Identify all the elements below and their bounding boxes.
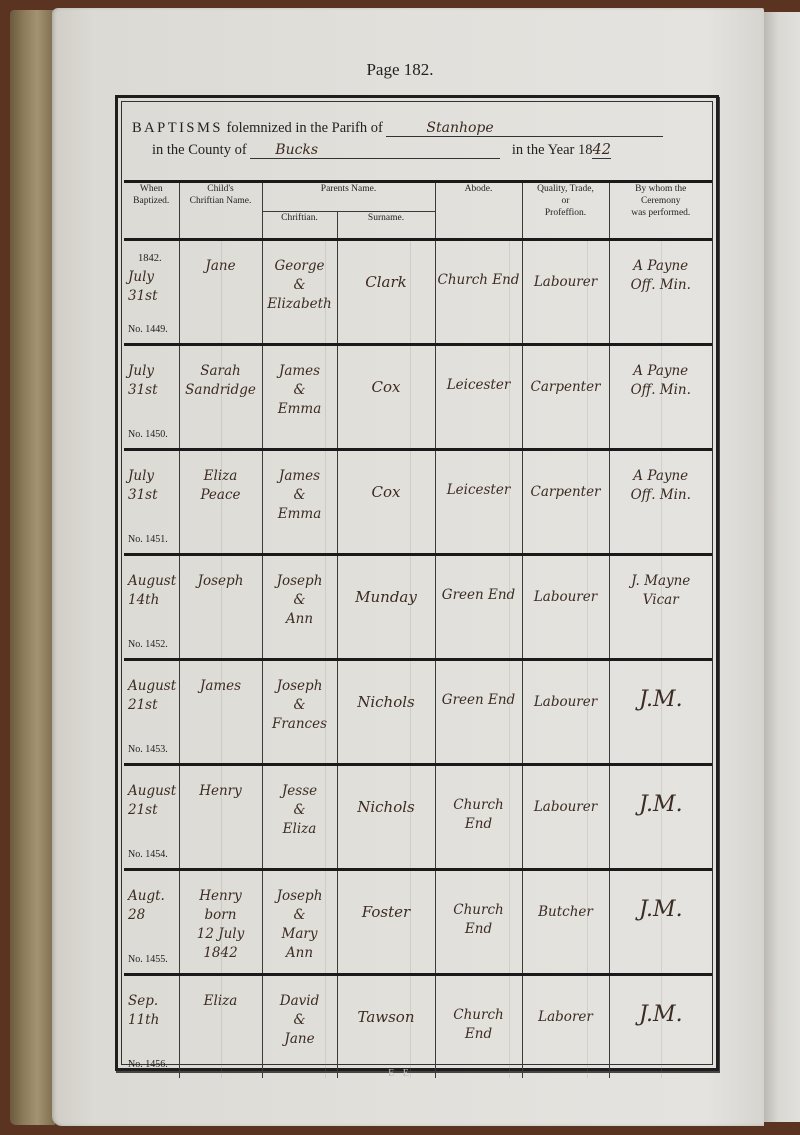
cell-abode: Leicester <box>435 345 522 450</box>
cell-quality: Carpenter <box>522 345 609 450</box>
cell-quality: Butcher <box>522 870 609 975</box>
date-line: July 31st <box>128 268 179 306</box>
col-quality-line2: or <box>523 195 609 207</box>
cell-parents-christian: James&Emma <box>262 450 337 555</box>
page-number: Page 182. <box>0 60 800 80</box>
date-line: August <box>128 572 179 591</box>
entry-number: No. 1452. <box>128 639 168 650</box>
title-baptisms: BAPTISMS <box>132 120 223 136</box>
year-label: in the Year 18 <box>512 142 593 158</box>
cell-by-whom: J. MayneVicar <box>609 555 712 660</box>
header-row: When Baptized. Child's Chriftian Name. P… <box>124 182 712 212</box>
cell-child-name: SarahSandridge <box>179 345 262 450</box>
cell-when-baptized: August21st No. 1453. <box>124 660 179 765</box>
cell-child-name: Joseph <box>179 555 262 660</box>
cell-abode: ChurchEnd <box>435 765 522 870</box>
cell-by-whom: J.M. <box>609 765 712 870</box>
entry-number: No. 1449. <box>128 324 168 335</box>
cell-by-whom: J.M. <box>609 975 712 1079</box>
quality-text: Butcher <box>523 871 609 922</box>
cell-parents-surname: Tawson <box>337 975 435 1079</box>
surname-text: Nichols <box>338 766 435 817</box>
cell-when-baptized: July 31st No. 1451. <box>124 450 179 555</box>
surname-text: Tawson <box>338 976 435 1027</box>
cell-abode: Green End <box>435 660 522 765</box>
cell-parents-surname: Clark <box>337 240 435 345</box>
cell-child-name: Henry <box>179 765 262 870</box>
cell-abode: Green End <box>435 555 522 660</box>
cell-parents-christian: Joseph&MaryAnn <box>262 870 337 975</box>
county-label: in the County of <box>152 142 250 158</box>
year-field: 42 <box>592 142 610 159</box>
col-by-whom-line3: was performed. <box>610 207 713 219</box>
cell-child-name: ElizaPeace <box>179 450 262 555</box>
cell-by-whom: A PayneOff. Min. <box>609 450 712 555</box>
register-title: BAPTISMS folemnized in the Parifh of Sta… <box>122 102 712 180</box>
county-field: Bucks <box>250 142 500 159</box>
date-line: 28 <box>128 906 179 925</box>
cell-quality: Labourer <box>522 660 609 765</box>
cell-abode: Church End <box>435 240 522 345</box>
cell-when-baptized: 1842.July 31st No. 1449. <box>124 240 179 345</box>
book-page-edges <box>10 10 55 1125</box>
quality-text: Labourer <box>523 661 609 712</box>
cell-parents-christian: Jesse&Eliza <box>262 765 337 870</box>
col-child-name: Child's Chriftian Name. <box>179 182 262 240</box>
surname-text: Nichols <box>338 661 435 712</box>
cell-parents-surname: Cox <box>337 345 435 450</box>
date-line: 21st <box>128 696 179 715</box>
baptism-register-table: When Baptized. Child's Chriftian Name. P… <box>124 180 712 1078</box>
col-child-line2: Chriftian Name. <box>180 195 262 207</box>
cell-by-whom: A PayneOff. Min. <box>609 240 712 345</box>
cell-parents-surname: Nichols <box>337 660 435 765</box>
cell-quality: Labourer <box>522 555 609 660</box>
cell-child-name: James <box>179 660 262 765</box>
col-child-line1: Child's <box>180 183 262 195</box>
col-by-whom-line2: Ceremony <box>610 195 713 207</box>
quality-text: Carpenter <box>523 346 609 397</box>
register-entry-row: Augt.28 No. 1455. Henryborn12 July1842 J… <box>124 870 712 975</box>
date-line: Augt. <box>128 887 179 906</box>
cell-when-baptized: August14th No. 1452. <box>124 555 179 660</box>
col-when-line1: When <box>124 183 179 195</box>
cell-when-baptized: August21st No. 1454. <box>124 765 179 870</box>
facing-page-edge <box>764 12 800 1122</box>
register-entry-row: August14th No. 1452. Joseph Joseph&Ann M… <box>124 555 712 660</box>
cell-abode: Leicester <box>435 450 522 555</box>
register-frame-inner: BAPTISMS folemnized in the Parifh of Sta… <box>121 101 713 1065</box>
col-quality-line3: Profeffion. <box>523 207 609 219</box>
register-frame: BAPTISMS folemnized in the Parifh of Sta… <box>115 95 719 1071</box>
cell-quality: Labourer <box>522 240 609 345</box>
surname-text: Foster <box>338 871 435 922</box>
cell-when-baptized: Augt.28 No. 1455. <box>124 870 179 975</box>
cell-parents-christian: David&Jane <box>262 975 337 1079</box>
quality-text: Labourer <box>523 766 609 817</box>
col-quality: Quality, Trade, or Profeffion. <box>522 182 609 240</box>
cell-child-name: Eliza <box>179 975 262 1079</box>
col-by-whom-line1: By whom the <box>610 183 713 195</box>
date-line: 14th <box>128 591 179 610</box>
cell-quality: Carpenter <box>522 450 609 555</box>
signature-mark: E E <box>0 1068 800 1079</box>
cell-child-name: Jane <box>179 240 262 345</box>
register-entry-row: Sep.11th No. 1456. Eliza David&Jane Taws… <box>124 975 712 1079</box>
surname-text: Clark <box>338 241 435 292</box>
date-line: July 31st <box>128 362 179 400</box>
cell-when-baptized: Sep.11th No. 1456. <box>124 975 179 1079</box>
col-abode: Abode. <box>435 182 522 240</box>
surname-text: Cox <box>338 451 435 502</box>
entry-number: No. 1450. <box>128 429 168 440</box>
register-entries: 1842.July 31st No. 1449. Jane George&Eli… <box>124 240 712 1079</box>
register-entry-row: July 31st No. 1451. ElizaPeace James&Emm… <box>124 450 712 555</box>
entry-number: No. 1454. <box>128 849 168 860</box>
date-line: August <box>128 782 179 801</box>
cell-parents-surname: Foster <box>337 870 435 975</box>
cell-quality: Labourer <box>522 765 609 870</box>
register-entry-row: August21st No. 1454. Henry Jesse&Eliza N… <box>124 765 712 870</box>
date-line: 11th <box>128 1011 179 1030</box>
cell-quality: Laborer <box>522 975 609 1079</box>
title-line-parish: BAPTISMS folemnized in the Parifh of Sta… <box>132 120 663 137</box>
entry-number: No. 1455. <box>128 954 168 965</box>
quality-text: Labourer <box>523 556 609 607</box>
quality-text: Labourer <box>523 241 609 292</box>
date-line: 21st <box>128 801 179 820</box>
date-line: Sep. <box>128 992 179 1011</box>
col-by-whom: By whom the Ceremony was performed. <box>609 182 712 240</box>
cell-by-whom: A PayneOff. Min. <box>609 345 712 450</box>
col-when-baptized: When Baptized. <box>124 182 179 240</box>
entry-year: 1842. <box>128 249 179 268</box>
cell-parents-surname: Nichols <box>337 765 435 870</box>
cell-parents-christian: James&Emma <box>262 345 337 450</box>
title-solemnized: folemnized in the Parifh of <box>223 120 386 136</box>
register-entry-row: 1842.July 31st No. 1449. Jane George&Eli… <box>124 240 712 345</box>
date-line: July 31st <box>128 467 179 505</box>
cell-by-whom: J.M. <box>609 660 712 765</box>
cell-parents-christian: Joseph&Ann <box>262 555 337 660</box>
col-when-line2: Baptized. <box>124 195 179 207</box>
date-line: August <box>128 677 179 696</box>
quality-text: Laborer <box>523 976 609 1027</box>
surname-text: Cox <box>338 346 435 397</box>
register-entry-row: July 31st No. 1450. SarahSandridge James… <box>124 345 712 450</box>
cell-by-whom: J.M. <box>609 870 712 975</box>
cell-parents-christian: George&Elizabeth <box>262 240 337 345</box>
register-entry-row: August21st No. 1453. James Joseph&France… <box>124 660 712 765</box>
col-parents-surname: Surname. <box>337 212 435 240</box>
col-quality-line1: Quality, Trade, <box>523 183 609 195</box>
cell-child-name: Henryborn12 July1842 <box>179 870 262 975</box>
surname-text: Munday <box>338 556 435 607</box>
entry-number: No. 1453. <box>128 744 168 755</box>
col-parents-christian: Chriftian. <box>262 212 337 240</box>
cell-abode: ChurchEnd <box>435 975 522 1079</box>
col-parents-name: Parents Name. <box>262 182 435 212</box>
cell-parents-surname: Munday <box>337 555 435 660</box>
parish-field: Stanhope <box>386 120 663 137</box>
cell-parents-surname: Cox <box>337 450 435 555</box>
cell-abode: ChurchEnd <box>435 870 522 975</box>
entry-number: No. 1451. <box>128 534 168 545</box>
cell-parents-christian: Joseph&Frances <box>262 660 337 765</box>
title-line-county: in the County of Bucks in the Year 1842 <box>152 142 611 159</box>
cell-when-baptized: July 31st No. 1450. <box>124 345 179 450</box>
quality-text: Carpenter <box>523 451 609 502</box>
